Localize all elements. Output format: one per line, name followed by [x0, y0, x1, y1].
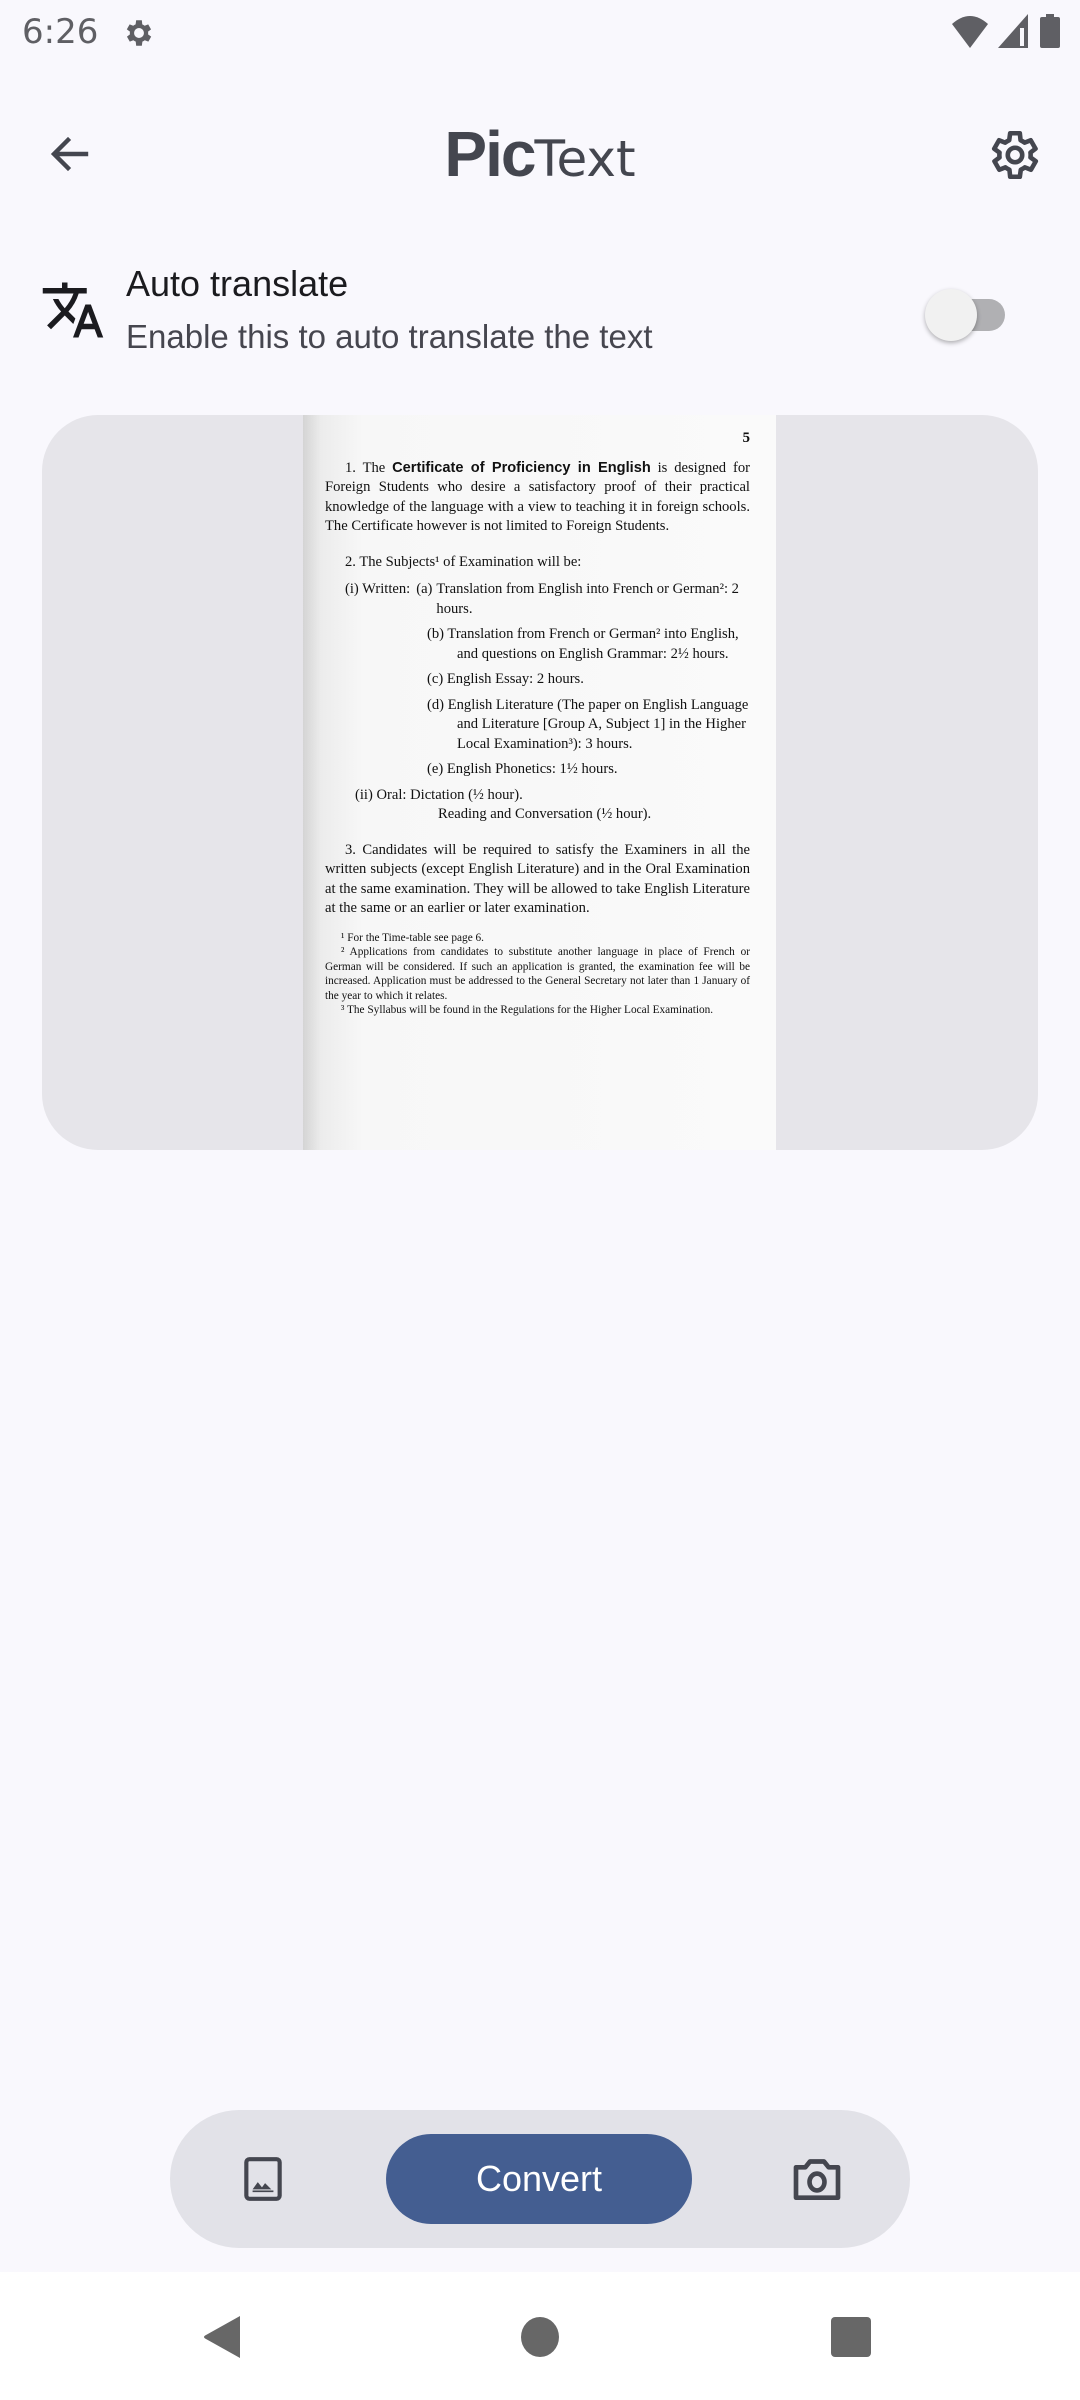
app-title-bold: Pic: [444, 118, 534, 190]
app-bar: PicText: [0, 100, 1080, 210]
oral-line-2: Reading and Conversation (½ hour).: [325, 805, 750, 825]
paragraph-1: 1. The Certificate of Proficiency in Eng…: [325, 459, 750, 537]
camera-button[interactable]: [784, 2146, 850, 2212]
bottom-action-bar: Convert: [170, 2110, 910, 2248]
image-preview-card[interactable]: 5 1. The Certificate of Proficiency in E…: [42, 415, 1038, 1150]
convert-button[interactable]: Convert: [386, 2134, 692, 2224]
gallery-button[interactable]: [230, 2146, 296, 2212]
paragraph-3: 3. Candidates will be required to satisf…: [325, 841, 750, 919]
written-item-d: (d) English Literature (The paper on Eng…: [325, 696, 750, 755]
app-title-light: Text: [534, 130, 635, 188]
nav-recents-icon[interactable]: [831, 2317, 871, 2357]
footnotes: ¹ For the Time-table see page 6. ² Appli…: [325, 931, 750, 1018]
written-item-c: (c) English Essay: 2 hours.: [325, 670, 750, 690]
toggle-thumb: [925, 289, 977, 341]
written-item-b: (b) Translation from French or German² i…: [325, 625, 750, 664]
auto-translate-toggle[interactable]: [925, 287, 1005, 343]
auto-translate-subtitle: Enable this to auto translate the text: [126, 318, 653, 356]
page-number: 5: [325, 429, 750, 449]
settings-gear-icon: [986, 126, 1044, 184]
footnote-2: ² Applications from candidates to substi…: [325, 945, 750, 1003]
settings-gear-icon: [122, 16, 156, 50]
nav-back-icon[interactable]: [200, 2314, 246, 2360]
gallery-image-icon: [238, 2154, 288, 2204]
camera-icon: [789, 2151, 845, 2207]
app-title: PicText: [0, 122, 1080, 186]
auto-translate-row[interactable]: Auto translate Enable this to auto trans…: [0, 255, 1080, 375]
status-time: 6:26: [22, 12, 98, 52]
battery-icon: [1040, 14, 1060, 48]
footnote-1: ¹ For the Time-table see page 6.: [325, 931, 750, 946]
wifi-icon: [950, 14, 990, 48]
cell-signal-icon: [998, 14, 1032, 48]
nav-home-icon[interactable]: [521, 2317, 559, 2357]
oral-line-1: (ii) Oral: Dictation (½ hour).: [325, 786, 750, 806]
settings-button[interactable]: [980, 120, 1050, 190]
written-item-a: (i) Written: (a) Translation from Englis…: [325, 580, 750, 619]
document-page-image: 5 1. The Certificate of Proficiency in E…: [303, 415, 776, 1150]
auto-translate-title: Auto translate: [126, 263, 348, 305]
written-item-e: (e) English Phonetics: 1½ hours.: [325, 760, 750, 780]
system-nav-bar: [0, 2272, 1080, 2400]
status-bar: 6:26: [0, 0, 1080, 64]
footnote-3: ³ The Syllabus will be found in the Regu…: [325, 1003, 750, 1018]
translate-icon: [40, 277, 106, 343]
paragraph-2-heading: 2. The Subjects¹ of Examination will be:: [325, 553, 750, 573]
